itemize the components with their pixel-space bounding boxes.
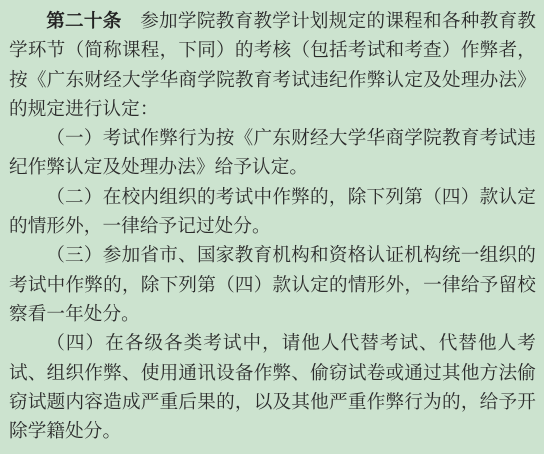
regulation-document: 第二十条参加学院教育教学计划规定的课程和各种教育教学环节（简称课程，下同）的考核… [0,0,544,454]
clause-1: （一）考试作弊行为按《广东财经大学华商学院教育考试违纪作弊认定及处理办法》给予认… [9,124,536,183]
clause-label: （二） [46,187,103,208]
article-paragraph: 第二十条参加学院教育教学计划规定的课程和各种教育教学环节（简称课程，下同）的考核… [9,7,536,124]
clause-2: （二）在校内组织的考试中作弊的，除下列第（四）款认定的情形外，一律给予记过处分。 [9,183,536,242]
clause-3: （三）参加省市、国家教育机构和资格认证机构统一组织的考试中作弊的，除下列第（四）… [9,241,536,329]
clause-4: （四）在各级各类考试中，请他人代替考试、代替他人考试、组织作弊、使用通讯设备作弊… [9,329,536,446]
clause-label: （一） [46,128,103,149]
article-number: 第二十条 [46,11,121,32]
clause-label: （四） [46,333,105,354]
clause-label: （三） [46,245,103,266]
